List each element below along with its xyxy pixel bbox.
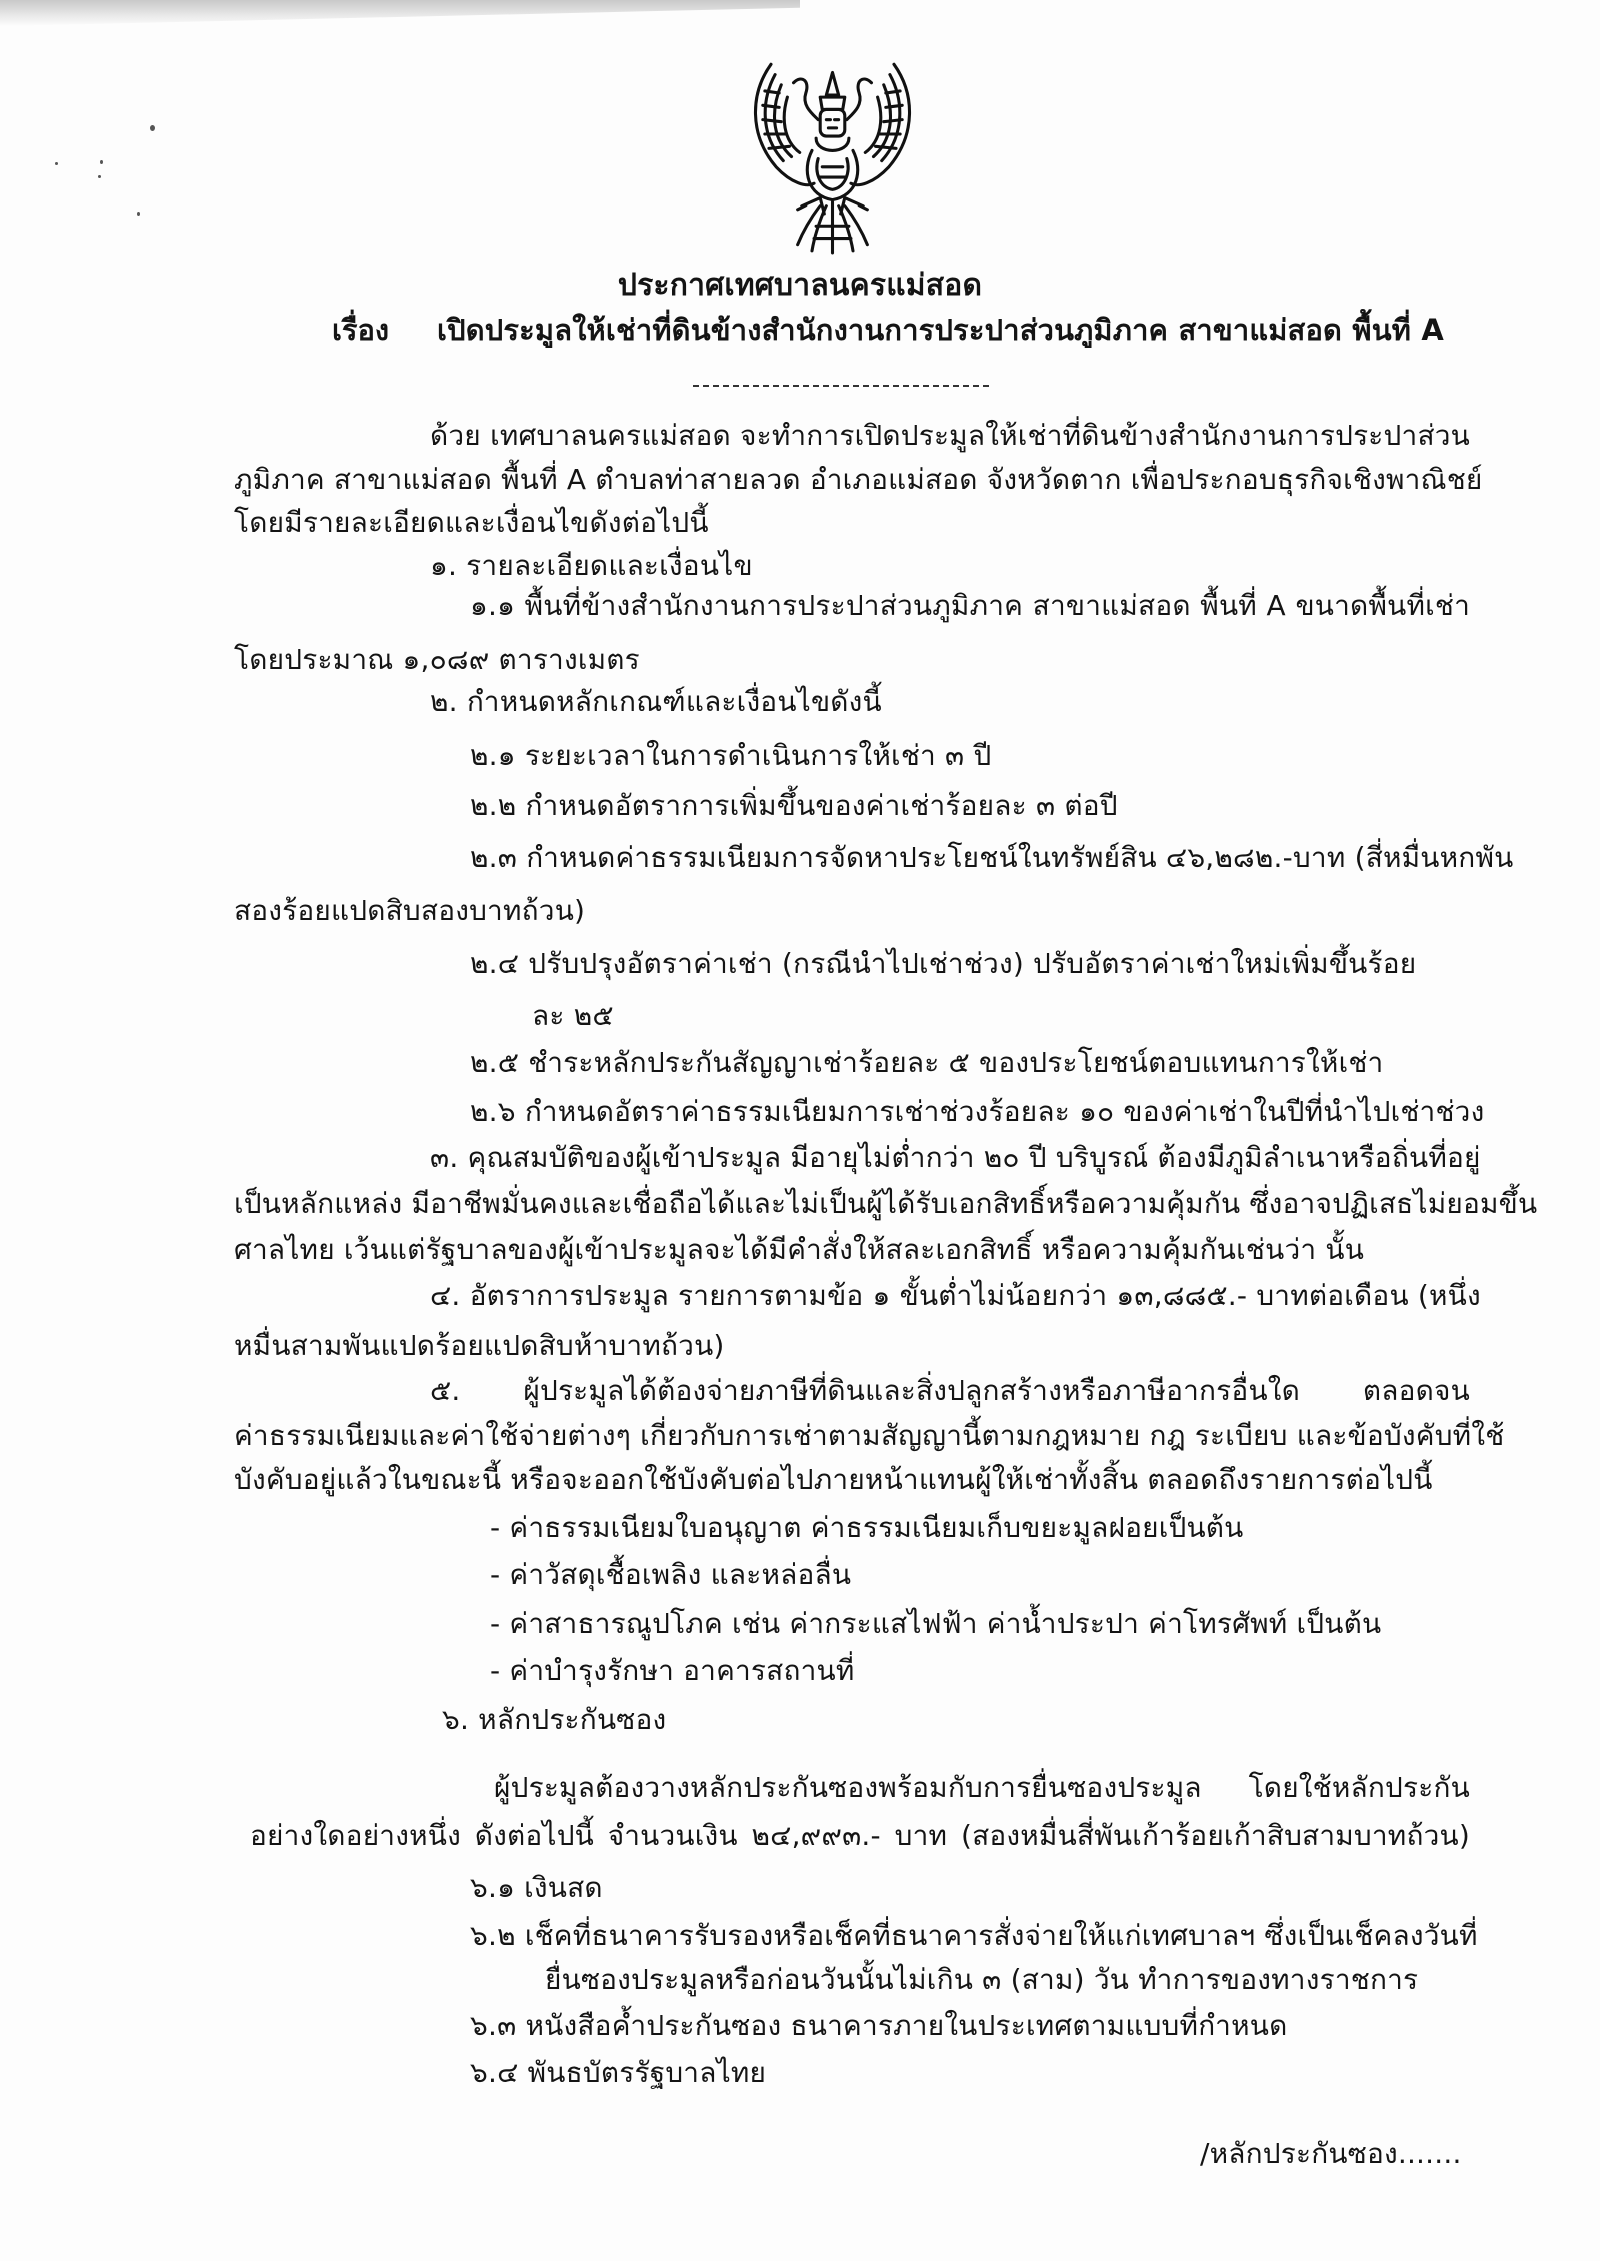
scan-speck <box>98 175 101 178</box>
section1-item-1: ๑.๑ พื้นที่ข้างสำนักงานการประปาส่วนภูมิภ… <box>470 588 1470 624</box>
section5-bullet-2: - ค่าวัสดุเชื้อเพลิง และหล่อลื่น <box>490 1557 851 1593</box>
section4-line-2: หมื่นสามพันแปดร้อยแปดสิบห้าบาทถ้วน) <box>234 1328 725 1364</box>
section2-item-2: ๒.๒ กำหนดอัตราการเพิ่มขึ้นของค่าเช่าร้อย… <box>470 788 1118 824</box>
header-divider <box>693 385 989 387</box>
intro-line-2: ภูมิภาค สาขาแม่สอด พื้นที่ A ตำบลท่าสายล… <box>234 462 1470 498</box>
section6-item-4: ๖.๔ พันธบัตรรัฐบาลไทย <box>470 2055 766 2091</box>
section2-item-1: ๒.๑ ระยะเวลาในการดำเนินการให้เช่า ๓ ปี <box>470 738 991 774</box>
section4-line-1: ๔. อัตราการประมูล รายการตามข้อ ๑ ขั้นต่ำ… <box>430 1278 1470 1314</box>
section6-item-3: ๖.๓ หนังสือค้ำประกันซอง ธนาคารภายในประเท… <box>470 2008 1287 2044</box>
section1-heading: ๑. รายละเอียดและเงื่อนไข <box>430 548 753 584</box>
intro-line-1: ด้วย เทศบาลนครแม่สอด จะทำการเปิดประมูลให… <box>430 418 1470 454</box>
section6-line-1: ผู้ประมูลต้องวางหลักประกันซองพร้อมกับการ… <box>494 1770 1470 1806</box>
section3-line-3: ศาลไทย เว้นแต่รัฐบาลของผู้เข้าประมูลจะได… <box>234 1232 1364 1268</box>
section2-item-3-cont: สองร้อยแปดสิบสองบาทถ้วน) <box>234 893 585 929</box>
document-page: ประกาศเทศบาลนครแม่สอด เรื่อง เปิดประมูลใ… <box>0 0 1600 2261</box>
section5-bullet-1: - ค่าธรรมเนียมใบอนุญาต ค่าธรรมเนียมเก็บข… <box>490 1510 1244 1546</box>
scan-speck <box>150 125 155 131</box>
section5-bullet-4: - ค่าบำรุงรักษา อาคารสถานที่ <box>490 1653 855 1689</box>
section3-line-2: เป็นหลักแหล่ง มีอาชีพมั่นคงและเชื่อถือได… <box>234 1186 1470 1222</box>
garuda-emblem-icon <box>730 52 935 257</box>
section2-item-4: ๒.๔ ปรับปรุงอัตราค่าเช่า (กรณีนำไปเช่าช่… <box>470 946 1416 982</box>
section2-heading: ๒. กำหนดหลักเกณฑ์และเงื่อนไขดังนี้ <box>430 684 882 720</box>
section6-item-2-cont: ยื่นซองประมูลหรือก่อนวันนั้นไม่เกิน ๓ (ส… <box>545 1962 1418 1998</box>
section6-line-2: อย่างใดอย่างหนึ่ง ดังต่อไปนี้ จำนวนเงิน … <box>250 1818 1470 1854</box>
section6-item-1: ๖.๑ เงินสด <box>470 1870 603 1906</box>
section5-line-2: ค่าธรรมเนียมและค่าใช้จ่ายต่างๆ เกี่ยวกับ… <box>234 1418 1470 1454</box>
scan-edge-shadow <box>0 0 800 26</box>
scan-speck <box>137 212 140 216</box>
section1-item-1-cont: โดยประมาณ ๑,๐๘๙ ตารางเมตร <box>234 642 640 678</box>
section6-heading: ๖. หลักประกันซอง <box>442 1702 666 1738</box>
section5-line-1: ๕. ผู้ประมูลได้ต้องจ่ายภาษีที่ดินและสิ่ง… <box>430 1373 1470 1409</box>
section3-line-1: ๓. คุณสมบัติของผู้เข้าประมูล มีอายุไม่ต่… <box>430 1140 1470 1176</box>
section6-item-2: ๖.๒ เช็คที่ธนาคารรับรองหรือเช็คที่ธนาคาร… <box>470 1918 1476 1954</box>
section2-item-6: ๒.๖ กำหนดอัตราค่าธรรมเนียมการเช่าช่วงร้อ… <box>470 1094 1484 1130</box>
scan-speck <box>55 162 58 165</box>
subject-text: เปิดประมูลให้เช่าที่ดินข้างสำนักงานการปร… <box>437 312 1444 348</box>
subject-label: เรื่อง <box>332 312 389 348</box>
announcement-title: ประกาศเทศบาลนครแม่สอด <box>0 268 1600 304</box>
section2-item-4-cont: ละ ๒๕ <box>532 998 614 1034</box>
section5-bullet-3: - ค่าสาธารณูปโภค เช่น ค่ากระแสไฟฟ้า ค่าน… <box>490 1606 1381 1642</box>
page-continuation-note: /หลักประกันซอง....... <box>1200 2136 1462 2172</box>
section2-item-3: ๒.๓ กำหนดค่าธรรมเนียมการจัดหาประโยชน์ในท… <box>470 840 1470 876</box>
section2-item-5: ๒.๕ ชำระหลักประกันสัญญาเช่าร้อยละ ๕ ของป… <box>470 1045 1383 1081</box>
intro-line-3: โดยมีรายละเอียดและเงื่อนไขดังต่อไปนี้ <box>234 505 709 541</box>
section5-line-3: บังคับอยู่แล้วในขณะนี้ หรือจะออกใช้บังคั… <box>234 1462 1433 1498</box>
scan-speck <box>100 160 103 164</box>
